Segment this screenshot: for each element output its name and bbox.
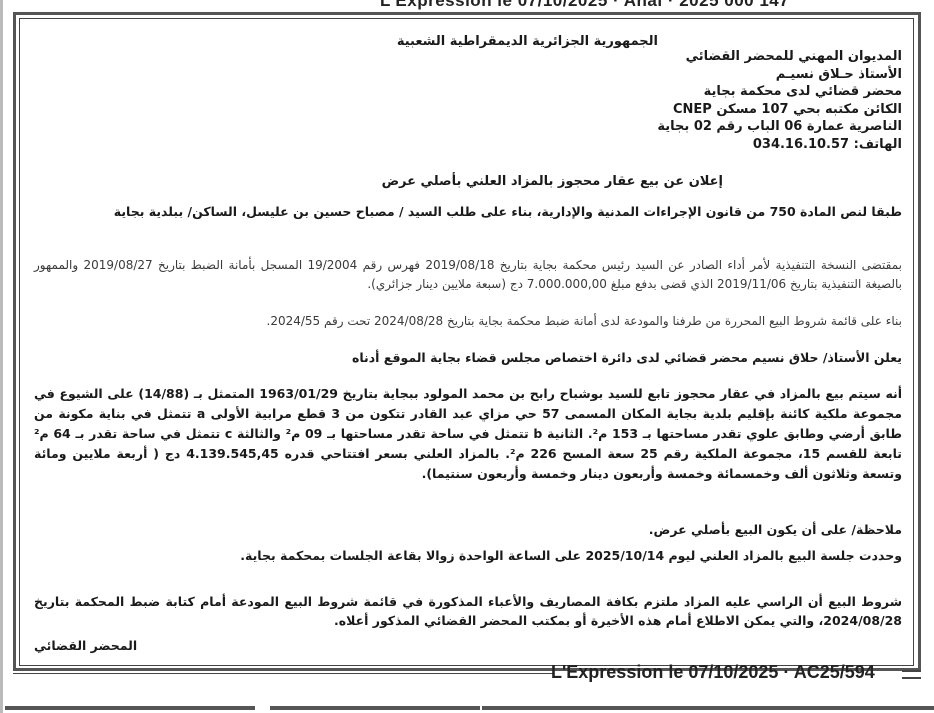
- footer-rule-tail: [902, 670, 921, 679]
- legal-notice: الجمهورية الجزائرية الديمقراطية الشعبية …: [28, 26, 908, 666]
- office-line-2: الأستاذ حـلاق نسيـم: [657, 66, 902, 84]
- paragraph-announcer: يعلن الأستاذ/ حلاق نسيم محضر قضائي لدى د…: [34, 348, 902, 367]
- office-line-5: الناصرية عمارة 06 الباب رقم 02 بجاية: [657, 118, 902, 136]
- state-title: الجمهورية الجزائرية الديمقراطية الشعبية: [397, 32, 658, 51]
- signature: المحضر القضائي: [34, 636, 137, 655]
- paragraph-execution-order: بمقتضى النسخة التنفيذية لأمر أداء الصادر…: [34, 256, 902, 294]
- phone-number: 034.16.10.57: [753, 137, 849, 152]
- paragraph-note: ملاحظة/ على أن يكون البيع بأصلي عرض.: [34, 520, 902, 539]
- paragraph-legal-basis: طبقا لنص المادة 750 من قانون الإجراءات ا…: [34, 202, 902, 221]
- bailiff-office-block: المديوان المهني للمحضر القضائي الأستاذ ح…: [657, 48, 902, 153]
- office-line-4: الكائن مكتبه بحي 107 مسكن CNEP: [657, 101, 902, 119]
- paragraph-auction-date: وحددت جلسة البيع بالمزاد العلني ليوم 202…: [34, 546, 902, 565]
- phone-label: الهاتف:: [854, 137, 902, 152]
- footer-rule: [13, 668, 553, 674]
- publication-reference: L'Expression le 07/10/2025 · AC25/594: [551, 662, 875, 683]
- office-phone-line: الهاتف: 034.16.10.57: [657, 136, 902, 154]
- top-publication-strip: L'Expression le 07/10/2025 · Anal · 2025…: [380, 0, 920, 9]
- paragraph-property-description: أنه سيتم بيع بالمزاد في عقار محجوز تابع …: [34, 384, 902, 484]
- announcement-title: إعلان عن بيع عقار محجوز بالمزاد العلني ب…: [382, 172, 723, 191]
- paragraph-sale-terms: شروط البيع أن الراسي عليه المزاد ملتزم ب…: [34, 592, 902, 630]
- next-notice-border-middle: [270, 706, 480, 710]
- office-line-3: محضر قضائي لدى محكمة بجاية: [657, 83, 902, 101]
- paragraph-sale-conditions-deposit: بناء على قائمة شروط البيع المحررة من طرف…: [34, 312, 902, 331]
- next-notice-border-left: [5, 706, 255, 710]
- page-edge: [0, 0, 3, 713]
- next-notice-border-right: [482, 706, 934, 710]
- office-line-1: المديوان المهني للمحضر القضائي: [657, 48, 902, 66]
